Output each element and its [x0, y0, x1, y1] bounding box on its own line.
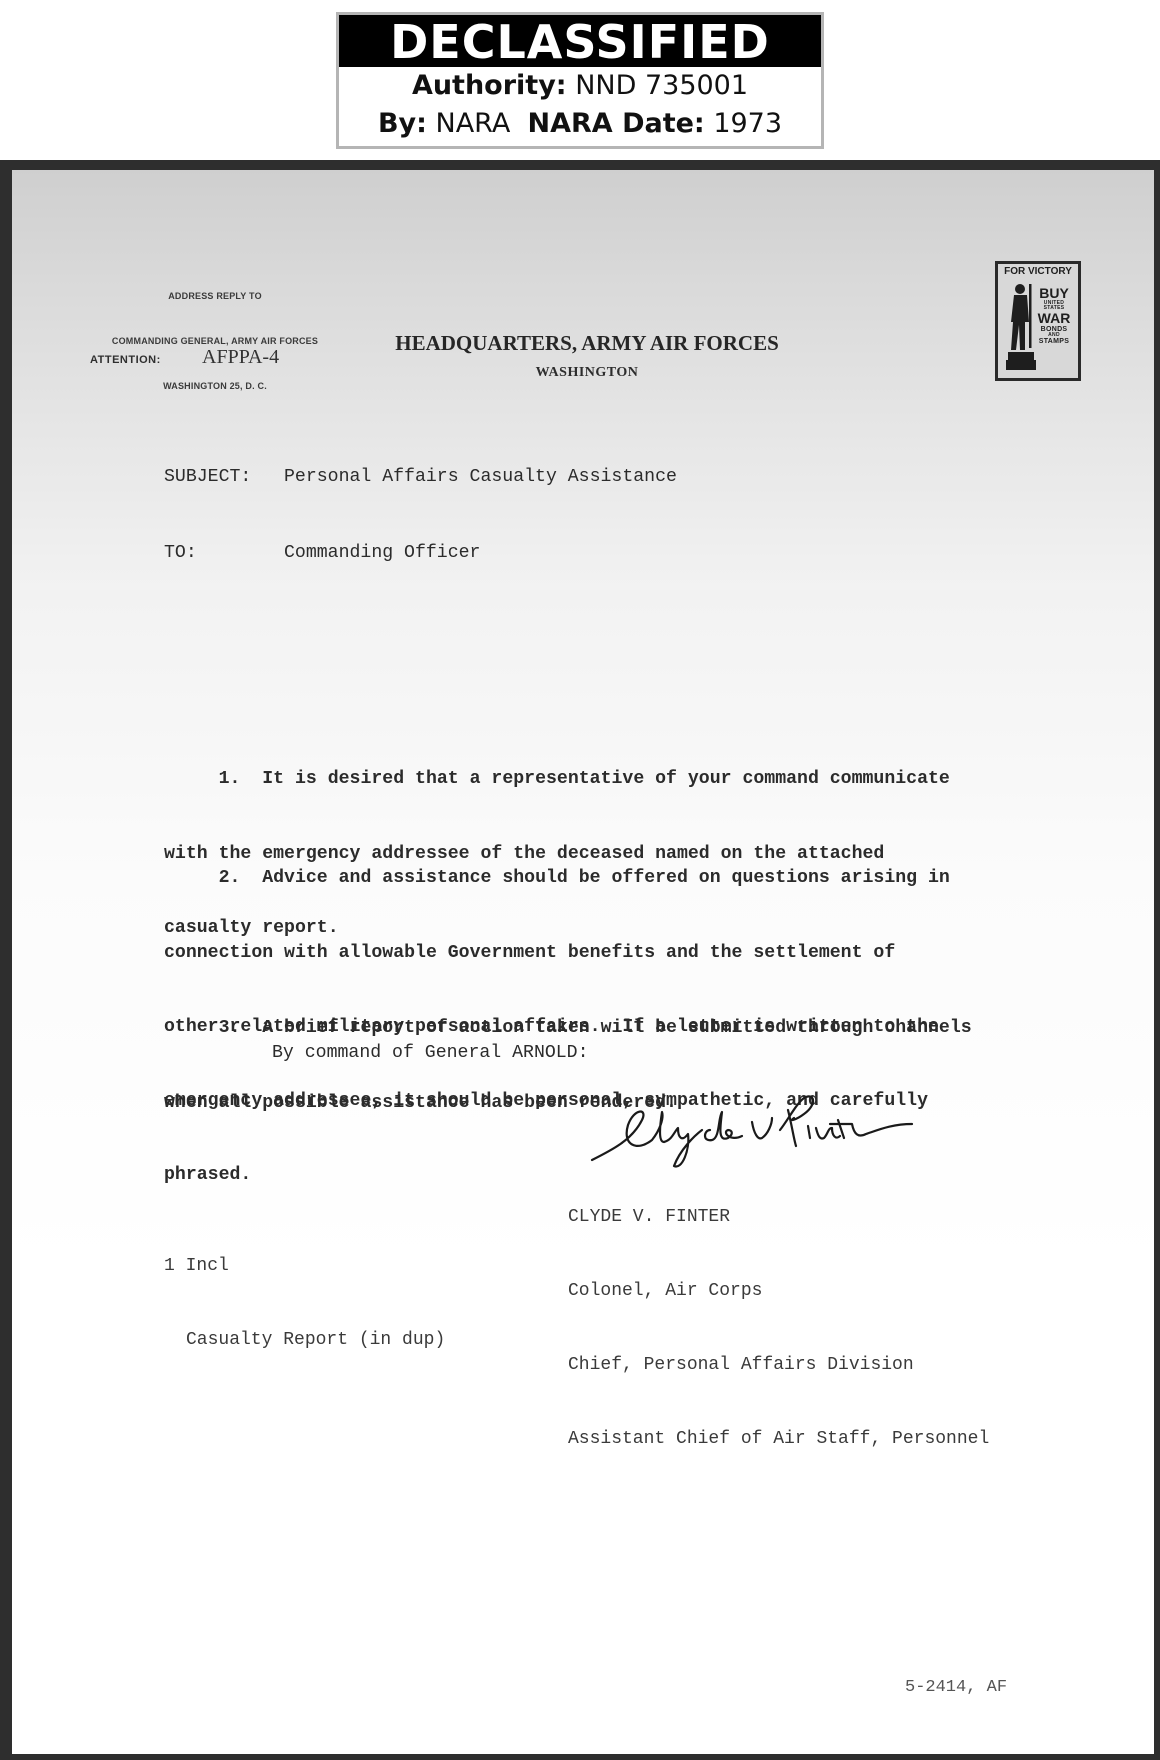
paragraph-line: 2. Advice and assistance should be offer… — [164, 866, 950, 891]
org-name: HEADQUARTERS, ARMY AIR FORCES — [327, 331, 847, 356]
signer-office: Assistant Chief of Air Staff, Personnel — [568, 1427, 989, 1452]
scanned-document: ADDRESS REPLY TO COMMANDING GENERAL, ARM… — [0, 160, 1160, 1760]
paragraph-line: connection with allowable Government ben… — [164, 941, 950, 966]
stamp-line: STAMPS — [1034, 338, 1074, 345]
authority-value: NND 735001 — [575, 70, 748, 101]
nara-date-value: 1973 — [713, 108, 782, 139]
subject-label: SUBJECT: — [164, 465, 251, 490]
stamp-line: BUY — [1034, 286, 1074, 301]
enclosure-count: 1 Incl — [164, 1254, 445, 1279]
stamp-text: BUY UNITED STATES WAR BONDS AND STAMPS — [1034, 286, 1074, 346]
attention-value: AFPPA-4 — [202, 346, 279, 369]
enclosure-item: Casualty Report (in dup) — [164, 1328, 445, 1353]
address-reply-line: ADDRESS REPLY TO — [90, 289, 340, 304]
authority-line: Authority: NND 735001 — [339, 67, 821, 105]
by-line: By: NARA NARA Date: 1973 — [339, 105, 821, 143]
org-city: WASHINGTON — [327, 365, 847, 381]
to-label: TO: — [164, 541, 197, 566]
by-label: By: — [378, 108, 427, 139]
paragraph-line: 1. It is desired that a representative o… — [164, 767, 950, 792]
by-value: NARA — [436, 108, 511, 139]
paragraph-line: 3. A brief report of action taken will b… — [164, 1016, 972, 1041]
address-reply-block: ADDRESS REPLY TO COMMANDING GENERAL, ARM… — [90, 259, 340, 424]
document-sheet: ADDRESS REPLY TO COMMANDING GENERAL, ARM… — [12, 170, 1154, 1754]
command-line: By command of General ARNOLD: — [272, 1041, 589, 1066]
declassified-banner: DECLASSIFIED Authority: NND 735001 By: N… — [336, 12, 824, 149]
signer-rank: Colonel, Air Corps — [568, 1279, 989, 1304]
attention-label: ATTENTION: — [90, 354, 161, 366]
signer-name: CLYDE V. FINTER — [568, 1205, 989, 1230]
minuteman-figure-icon — [1006, 280, 1036, 372]
signature-block: CLYDE V. FINTER Colonel, Air Corps Chief… — [568, 1156, 989, 1500]
nara-date-label: NARA Date: — [528, 108, 705, 139]
subject-value: Personal Affairs Casualty Assistance — [284, 465, 677, 490]
form-number: 5-2414, AF — [905, 1678, 1007, 1697]
stamp-line: WAR — [1034, 311, 1074, 326]
authority-label: Authority: — [412, 70, 567, 101]
enclosure-block: 1 Incl Casualty Report (in dup) — [164, 1205, 445, 1402]
banner-title: DECLASSIFIED — [339, 15, 821, 67]
war-bonds-stamp: FOR VICTORY BUY UNITED STATES WAR BONDS … — [995, 261, 1081, 381]
address-reply-line: WASHINGTON 25, D. C. — [90, 379, 340, 394]
stamp-heading: FOR VICTORY — [998, 266, 1078, 277]
signer-title: Chief, Personal Affairs Division — [568, 1353, 989, 1378]
to-value: Commanding Officer — [284, 541, 480, 566]
